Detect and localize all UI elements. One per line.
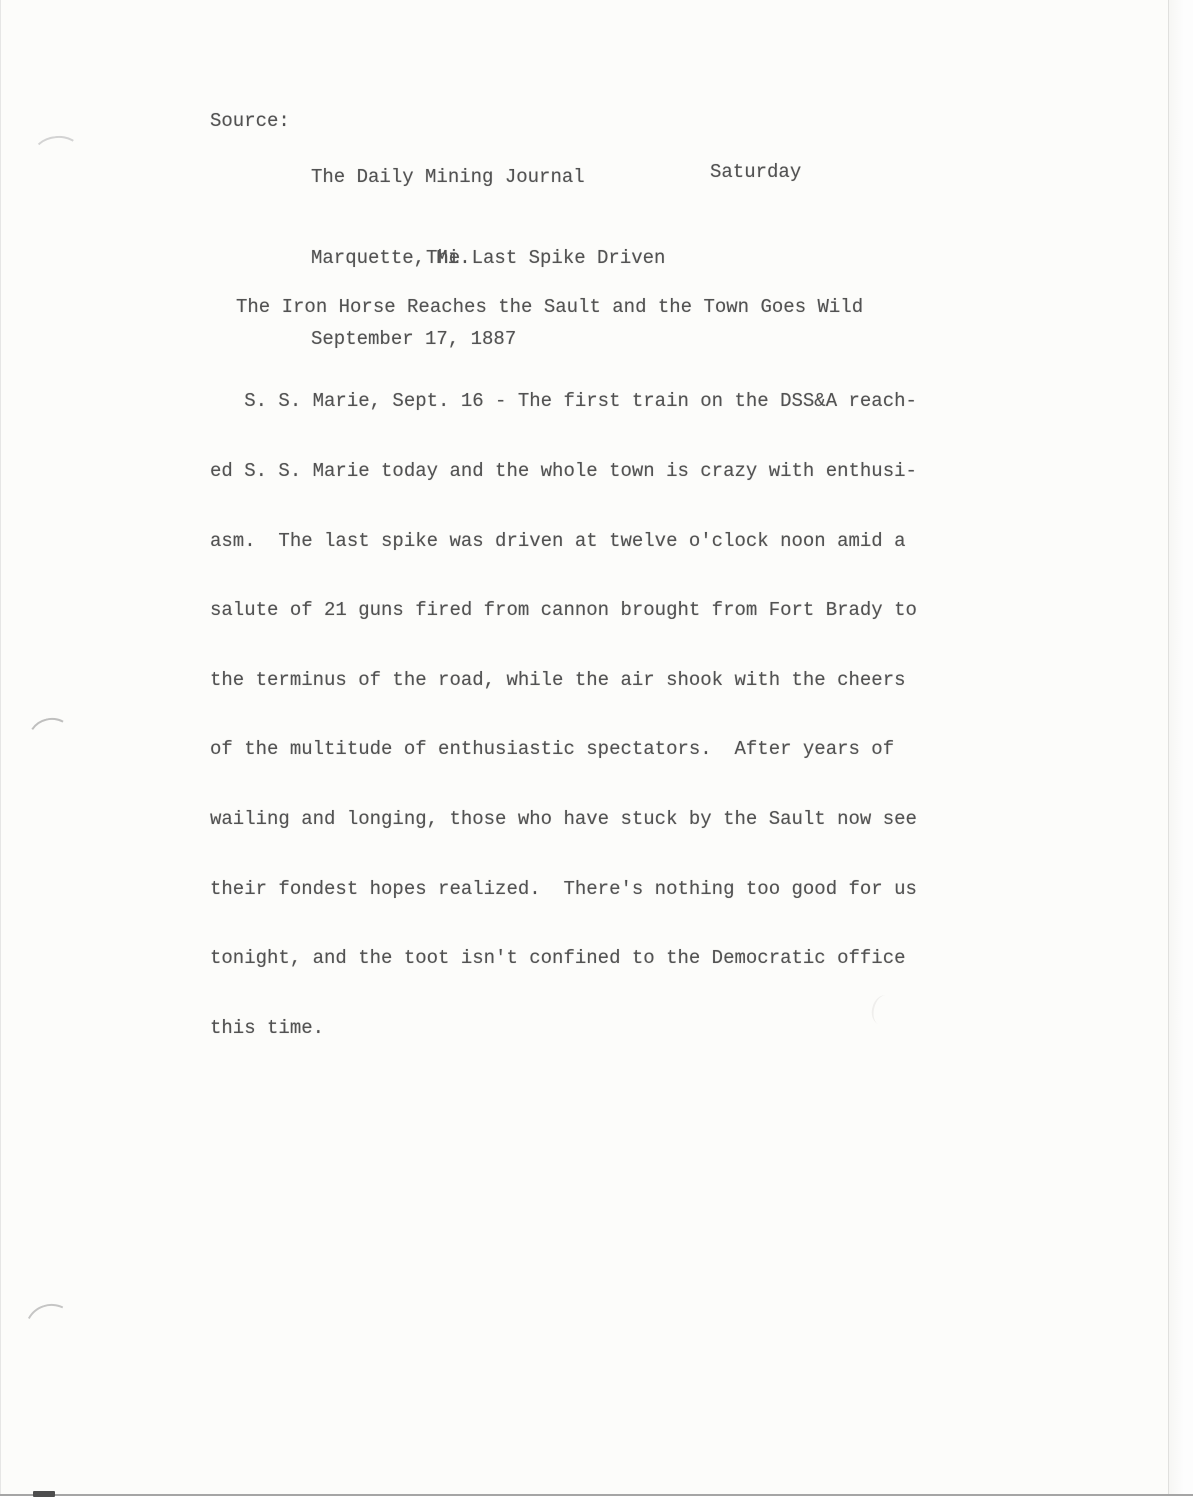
body-line: this time. xyxy=(210,1017,917,1040)
body-line: tonight, and the toot isn't confined to … xyxy=(210,947,917,970)
body-line: ed S. S. Marie today and the whole town … xyxy=(210,460,917,483)
article-subtitle: The Iron Horse Reaches the Sault and the… xyxy=(236,296,863,318)
source-publication: The Daily Mining Journal xyxy=(311,164,585,191)
article-title: The Last Spike Driven xyxy=(426,247,665,269)
body-line: asm. The last spike was driven at twelve… xyxy=(210,530,917,553)
body-line: of the multitude of enthusiastic spectat… xyxy=(210,738,917,761)
body-line: S. S. Marie, Sept. 16 - The first train … xyxy=(210,390,917,413)
body-line: the terminus of the road, while the air … xyxy=(210,669,917,692)
source-weekday: Saturday xyxy=(710,161,801,183)
scanned-document-page: Source: The Daily Mining Journal Marquet… xyxy=(0,0,1193,1500)
body-line: salute of 21 guns fired from cannon brou… xyxy=(210,599,917,622)
typewritten-content: Source: The Daily Mining Journal Marquet… xyxy=(0,0,1193,1500)
article-body: S. S. Marie, Sept. 16 - The first train … xyxy=(210,344,917,1087)
source-label: Source: xyxy=(210,110,290,132)
body-line: wailing and longing, those who have stuc… xyxy=(210,808,917,831)
body-line: their fondest hopes realized. There's no… xyxy=(210,878,917,901)
